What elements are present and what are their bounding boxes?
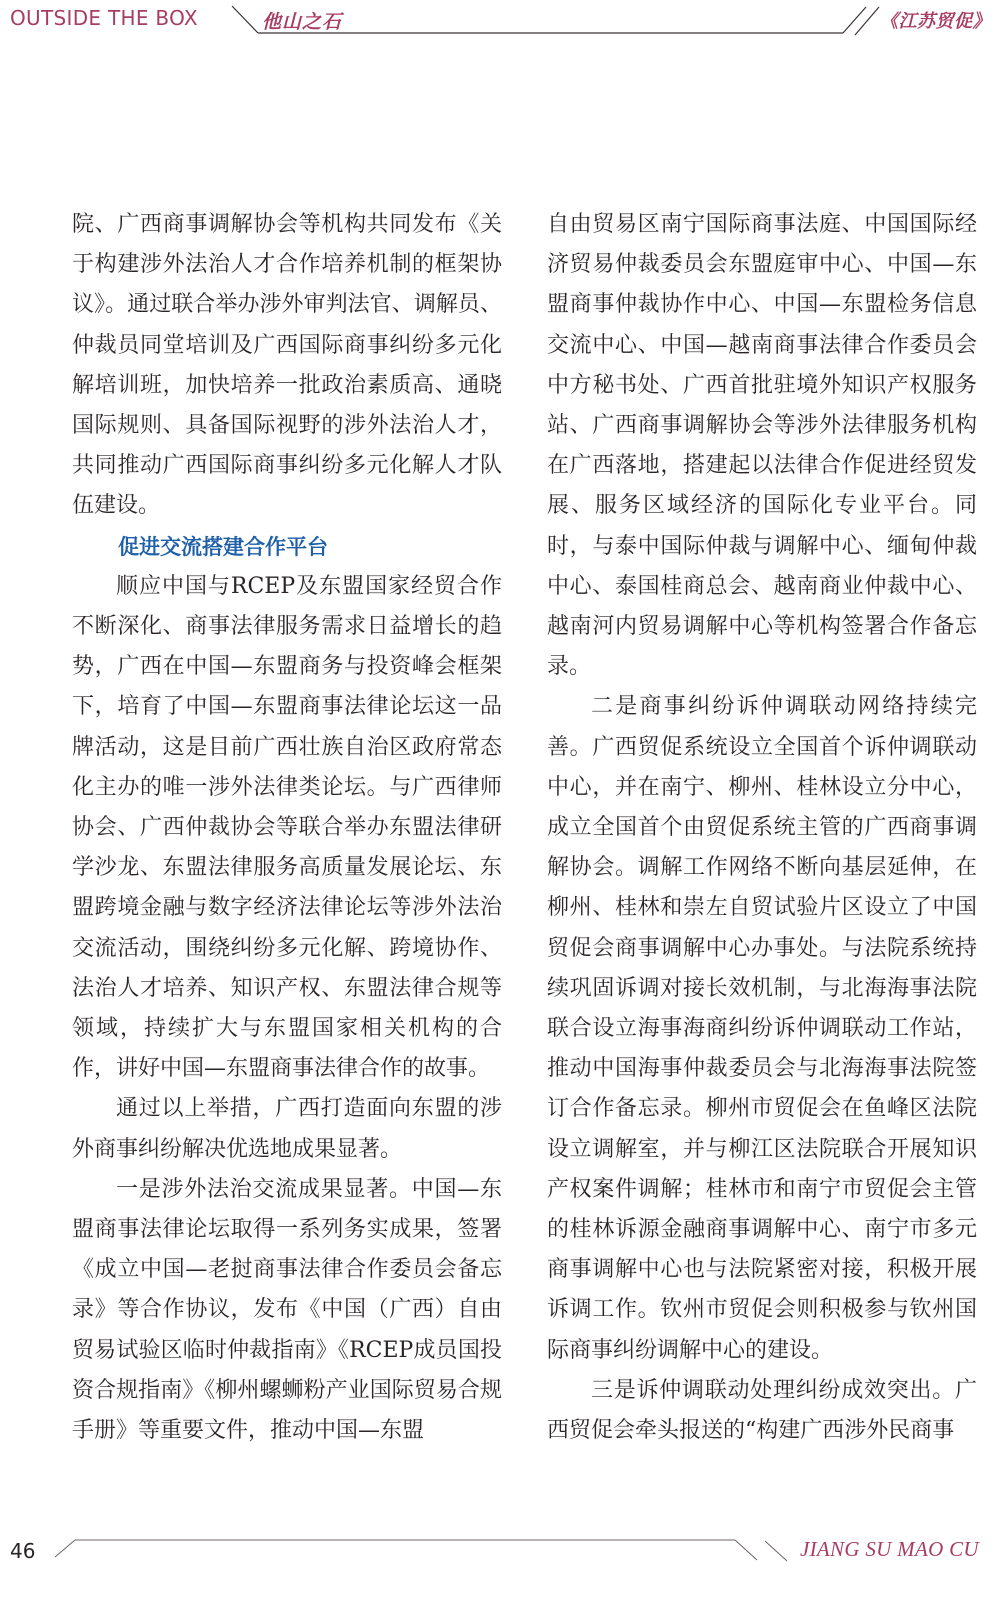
section-heading: 促进交流搭建合作平台 <box>72 527 502 567</box>
paragraph: 自由贸易区南宁国际商事法庭、中国国际经济贸易仲裁委员会东盟庭审中心、中国—东盟商… <box>547 205 977 687</box>
page-footer: 46 JIANG SU MAO CU <box>0 1520 1000 1601</box>
paragraph: 一是涉外法治交流成果显著。中国—东盟商事法律论坛取得一系列务实成果，签署《成立中… <box>72 1170 502 1451</box>
page-header: OUTSIDE THE BOX 他山之石 《江苏贸促》 <box>0 0 1000 45</box>
page-number: 46 <box>10 1539 35 1563</box>
section-title-en: OUTSIDE THE BOX <box>10 6 198 30</box>
article-column-right: 自由贸易区南宁国际商事法庭、中国国际经济贸易仲裁委员会东盟庭审中心、中国—东盟商… <box>547 205 977 1451</box>
magazine-title-en: JIANG SU MAO CU <box>800 1537 979 1562</box>
paragraph: 二是商事纠纷诉仲调联动网络持续完善。广西贸促系统设立全国首个诉仲调联动中心，并在… <box>547 687 977 1370</box>
paragraph: 通过以上举措，广西打造面向东盟的涉外商事纠纷解决优选地成果显著。 <box>72 1089 502 1169</box>
paragraph: 三是诉仲调联动处理纠纷成效突出。广西贸促会牵头报送的“构建广西涉外民商事 <box>547 1371 977 1451</box>
magazine-title-cn: 《江苏贸促》 <box>880 7 991 33</box>
article-column-left: 院、广西商事调解协会等机构共同发布《关于构建涉外法治人才合作培养机制的框架协议》… <box>72 205 502 1451</box>
section-title-cn: 他山之石 <box>262 7 342 34</box>
paragraph: 院、广西商事调解协会等机构共同发布《关于构建涉外法治人才合作培养机制的框架协议》… <box>72 205 502 527</box>
paragraph: 顺应中国与RCEP及东盟国家经贸合作不断深化、商事法律服务需求日益增长的趋势，广… <box>72 567 502 1090</box>
